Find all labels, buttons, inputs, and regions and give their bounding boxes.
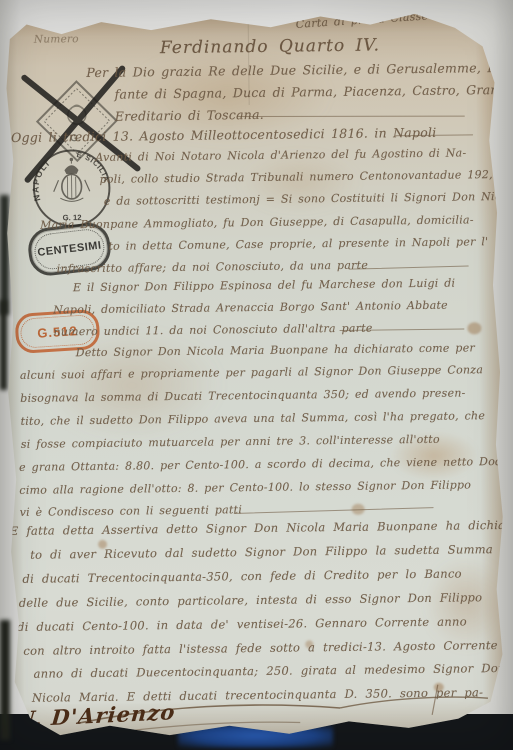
royal-title: Ferdinando Quarto IV. (160, 35, 380, 58)
manuscript-line: di ducati Cento-100. in data de' ventise… (17, 614, 467, 633)
manuscript-line: poli, collo studio Strada Tribunali nume… (100, 168, 493, 186)
fox-spot (467, 322, 481, 334)
manuscript-line: Ereditario di Toscana. (115, 107, 264, 124)
manuscript-line: si fosse compiaciuto mutuarcela per anni… (21, 433, 440, 451)
pen-flourish (237, 116, 465, 117)
crown-icon (65, 158, 78, 173)
manuscript-line: infrascritto affare; da noi Conosciuto, … (57, 259, 369, 276)
corner-note: Carta di prima Classe (295, 10, 428, 31)
manuscript-line: Detto Signor Don Nicola Maria Buonpane h… (76, 341, 475, 359)
backdrop-shadow (0, 195, 9, 315)
manuscript-line: vi è Condisceso con li seguenti patti (20, 503, 243, 519)
manuscript-line: Napoli, domiciliato Strada Arenaccia Bor… (53, 299, 448, 317)
manuscript-line: delle due Sicilie, conto particolare, in… (19, 590, 483, 610)
manuscript-line: bisognava la somma di Ducati Trecentocin… (20, 386, 465, 404)
manuscript-line: Avanti di Noi Notaro Nicola d'Arienzo de… (95, 146, 466, 164)
numero-label: Numero (34, 33, 79, 46)
manuscript-line: cimo alla ragione dell'otto: 8. per Cent… (19, 478, 471, 497)
photo-of-manuscript: Numero Carta di prima Classe Ferdinando … (0, 0, 513, 750)
centesimi-stamp-text: CENTESIMI (37, 240, 102, 259)
coat-of-arms-icon (53, 174, 89, 201)
manuscript-line: fante di Spagna, Duca di Parma, Piacenza… (114, 81, 508, 101)
manuscript-line: alcuni suoi affari e propriamente per pa… (20, 363, 483, 382)
manuscript-line: e grana Ottanta: 8.80. per Cento-100. a … (19, 455, 508, 474)
backdrop-shadow (0, 300, 7, 390)
manuscript-line: to in detta Comune, Case proprie, al pre… (108, 235, 488, 253)
svg-text:NAPOLI: NAPOLI (30, 158, 52, 202)
backdrop-shadow (0, 620, 10, 740)
manuscript-line: numero undici 11. da noi Conosciuto dall… (53, 322, 372, 339)
manuscript-line: Per la Dio grazia Re delle Due Sicilie, … (86, 60, 505, 80)
manuscript-line: tito, che il sudetto Don Filippo aveva u… (20, 409, 485, 428)
manuscript-line: to di aver Ricevuto dal sudetto Signor D… (30, 542, 493, 562)
pen-flourish (234, 507, 434, 514)
manuscript-line: con altro introito fatta l'istessa fede … (23, 638, 498, 658)
document-paper: Numero Carta di prima Classe Ferdinando … (2, 10, 509, 740)
manuscript-line: di ducati Trecentocinquanta-350, con fed… (22, 566, 461, 585)
manuscript-line: e da sottoscritti testimonj = Si sono Co… (104, 190, 509, 208)
manuscript-line: E fatta detta Assertiva detto Signor Don… (10, 518, 509, 538)
manuscript-line: E il Signor Don Filippo Espinosa del fu … (73, 277, 456, 295)
